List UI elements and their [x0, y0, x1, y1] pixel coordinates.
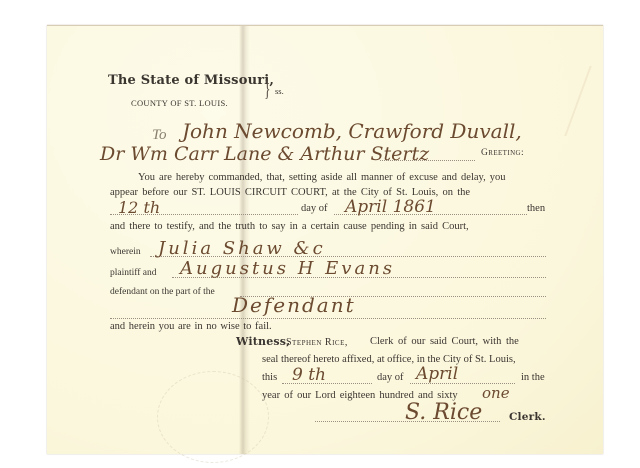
witness-label: Witness, — [236, 335, 290, 348]
addressees-line-2: Dr Wm Carr Lane & Arthur Stertz — [100, 143, 429, 165]
addressees-line-1: John Newcomb, Crawford Duvall, — [182, 119, 522, 143]
state-title: The State of Missouri, — [108, 73, 274, 88]
embossed-seal — [157, 371, 269, 463]
day-of-label: day of — [301, 203, 328, 214]
bleed-through-writing — [564, 66, 631, 136]
county-label: COUNTY OF ST. LOUIS. — [131, 98, 228, 108]
fail-line: and herein you are in no wise to fail. — [110, 321, 272, 332]
clerk-label: Clerk. — [509, 411, 546, 423]
greeting-label: Greeting: — [481, 148, 524, 158]
defendant-handwritten: Augustus H Evans — [180, 258, 395, 279]
body-line-1: You are hereby commanded, that, setting … — [138, 172, 506, 183]
clerk-signature: S. Rice — [405, 400, 482, 425]
plaintiff-handwritten: Julia Shaw &c — [158, 238, 326, 259]
year-handwritten: one — [482, 384, 510, 402]
party-handwritten: Defendant — [232, 293, 356, 317]
issue-month-handwritten: April — [416, 364, 458, 384]
greeting-dotted-line — [380, 160, 475, 161]
party-line-bottom — [110, 318, 546, 319]
body-line-4: and there to testify, and the truth to s… — [110, 221, 469, 232]
appear-day-handwritten: 12 th — [118, 198, 160, 217]
this-label: this — [262, 372, 277, 383]
wherein-label: wherein — [110, 247, 141, 257]
defendant-part-label: defendant on the part of the — [110, 287, 215, 297]
issue-day-of-label: day of — [377, 372, 404, 383]
witness-line-1: Clerk of our said Court, with the — [370, 336, 519, 347]
in-the-label: in the — [521, 372, 545, 383]
ss-label: ss. — [275, 86, 284, 96]
witness-line-2: seal thereof hereto affixed, at office, … — [262, 354, 516, 365]
plaintiff-and-label: plaintiff and — [110, 268, 157, 278]
clerk-name: Stephen Rice, — [286, 337, 348, 348]
issue-day-handwritten: 9 th — [292, 365, 326, 385]
to-prefix: To — [152, 127, 166, 144]
then-label: then — [527, 203, 545, 214]
brace: } — [264, 76, 270, 102]
appear-month-handwritten: April 1861 — [345, 197, 436, 217]
